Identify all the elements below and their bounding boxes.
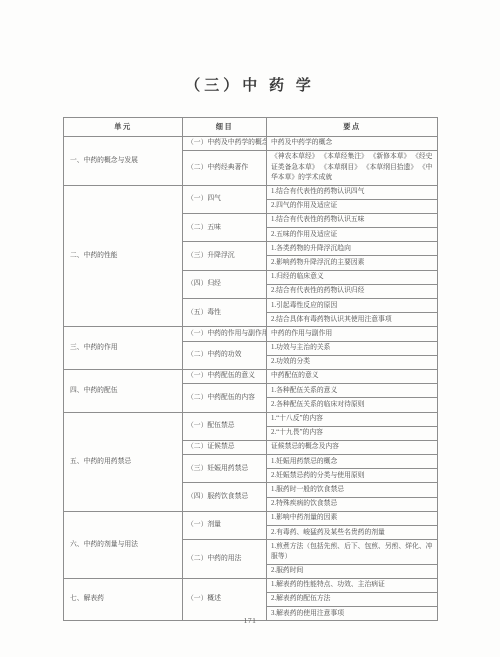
point-cell: 1.结合有代表性的药物认识四气 xyxy=(267,185,438,199)
item-cell: （二）五味 xyxy=(183,213,267,241)
point-cell: 1.各种配伍关系的意义 xyxy=(267,384,438,398)
item-cell: （三）妊娠用药禁忌 xyxy=(183,455,267,483)
table-row: 二、中药的性能（一）四气1.结合有代表性的药物认识四气 xyxy=(64,185,438,199)
table-row: 一、中药的概念与发展（一）中药及中药学的概念中药及中药学的概念 xyxy=(64,136,438,150)
point-cell: 2.结合具体有毒药物认识其使用注意事项 xyxy=(267,313,438,327)
unit-cell: 六、中药的剂量与用法 xyxy=(64,511,183,578)
point-cell: 2.特殊疾病的饮食禁忌 xyxy=(267,497,438,511)
page-number: 171 xyxy=(0,616,500,625)
table-header: 单元 细目 要点 xyxy=(64,118,438,137)
syllabus-table: 单元 细目 要点 一、中药的概念与发展（一）中药及中药学的概念中药及中药学的概念… xyxy=(63,117,438,621)
item-cell: （三）升降浮沉 xyxy=(183,242,267,270)
item-cell: （四）服药饮食禁忌 xyxy=(183,483,267,511)
point-cell: 1.结合有代表性的药物认识五味 xyxy=(267,213,438,227)
point-cell: 证候禁忌的概念及内容 xyxy=(267,440,438,454)
header-unit: 单元 xyxy=(64,118,183,137)
point-cell: 1.功效与主治的关系 xyxy=(267,341,438,355)
item-cell: （一）中药及中药学的概念 xyxy=(183,136,267,150)
header-points: 要点 xyxy=(267,118,438,137)
point-cell: 《神农本草经》 《本草经集注》 《新修本草》 《经史证类备急本草》 《本草纲目》… xyxy=(267,150,438,185)
point-cell: 1.各类药物的升降浮沉趋向 xyxy=(267,242,438,256)
point-cell: 2.五味的作用及适应证 xyxy=(267,228,438,242)
point-cell: 2.“十九畏”的内容 xyxy=(267,426,438,440)
item-cell: （一）中药的作用与副作用 xyxy=(183,327,267,341)
point-cell: 2.解表药的配伍方法 xyxy=(267,592,438,606)
item-cell: （二）中药的用法 xyxy=(183,540,267,579)
table-body: 一、中药的概念与发展（一）中药及中药学的概念中药及中药学的概念（二）中药经典著作… xyxy=(64,136,438,621)
point-cell: 1.“十八反”的内容 xyxy=(267,412,438,426)
unit-cell: 五、中药的用药禁忌 xyxy=(64,412,183,511)
item-cell: （五）毒性 xyxy=(183,299,267,327)
document-page: （三）中 药 学 单元 细目 要点 一、中药的概念与发展（一）中药及中药学的概念… xyxy=(0,0,500,657)
point-cell: 1.服药时一般的饮食禁忌 xyxy=(267,483,438,497)
item-cell: （二）中药经典著作 xyxy=(183,150,267,185)
item-cell: （二）中药配伍的内容 xyxy=(183,384,267,412)
point-cell: 2.结合有代表性的药物认识归经 xyxy=(267,284,438,298)
point-cell: 中药及中药学的概念 xyxy=(267,136,438,150)
table-row: 三、中药的作用（一）中药的作用与副作用中药的作用与副作用 xyxy=(64,327,438,341)
table-row: 七、解表药（一）概述1.解表药的性能特点、功效、主治病证 xyxy=(64,578,438,592)
header-detail: 细目 xyxy=(183,118,267,137)
header-row: 单元 细目 要点 xyxy=(64,118,438,137)
table-row: 五、中药的用药禁忌（一）配伍禁忌1.“十八反”的内容 xyxy=(64,412,438,426)
item-cell: （一）概述 xyxy=(183,578,267,621)
unit-cell: 三、中药的作用 xyxy=(64,327,183,370)
table-row: 四、中药的配伍（一）中药配伍的意义中药配伍的意义 xyxy=(64,369,438,383)
point-cell: 1.妊娠用药禁忌的概念 xyxy=(267,455,438,469)
point-cell: 2.服药时间 xyxy=(267,564,438,578)
unit-cell: 七、解表药 xyxy=(64,578,183,621)
point-cell: 2.有毒药、峻猛药及某些名贵药的剂量 xyxy=(267,526,438,540)
item-cell: （一）四气 xyxy=(183,185,267,213)
item-cell: （一）剂量 xyxy=(183,511,267,539)
point-cell: 2.影响药物升降浮沉的主要因素 xyxy=(267,256,438,270)
table-row: 六、中药的剂量与用法（一）剂量1.影响中药剂量的因素 xyxy=(64,511,438,525)
point-cell: 1.影响中药剂量的因素 xyxy=(267,511,438,525)
unit-cell: 四、中药的配伍 xyxy=(64,369,183,412)
point-cell: 2.四气的作用及适应证 xyxy=(267,199,438,213)
item-cell: （一）配伍禁忌 xyxy=(183,412,267,440)
item-cell: （二）证候禁忌 xyxy=(183,440,267,454)
point-cell: 2.妊娠禁忌药的分类与使用原则 xyxy=(267,469,438,483)
point-cell: 2.各种配伍关系的临床对待原则 xyxy=(267,398,438,412)
point-cell: 1.煎煮方法（包括先煎、后下、包煎、另煎、烊化、冲服等） xyxy=(267,540,438,564)
item-cell: （一）中药配伍的意义 xyxy=(183,369,267,383)
point-cell: 1.归经的临床意义 xyxy=(267,270,438,284)
item-cell: （二）中药的功效 xyxy=(183,341,267,369)
point-cell: 1.解表药的性能特点、功效、主治病证 xyxy=(267,578,438,592)
point-cell: 2.功效的分类 xyxy=(267,355,438,369)
item-cell: （四）归经 xyxy=(183,270,267,298)
point-cell: 中药配伍的意义 xyxy=(267,369,438,383)
point-cell: 1.引起毒性反应的原因 xyxy=(267,299,438,313)
page-title: （三）中 药 学 xyxy=(0,74,500,95)
unit-cell: 一、中药的概念与发展 xyxy=(64,136,183,185)
point-cell: 中药的作用与副作用 xyxy=(267,327,438,341)
unit-cell: 二、中药的性能 xyxy=(64,185,183,327)
